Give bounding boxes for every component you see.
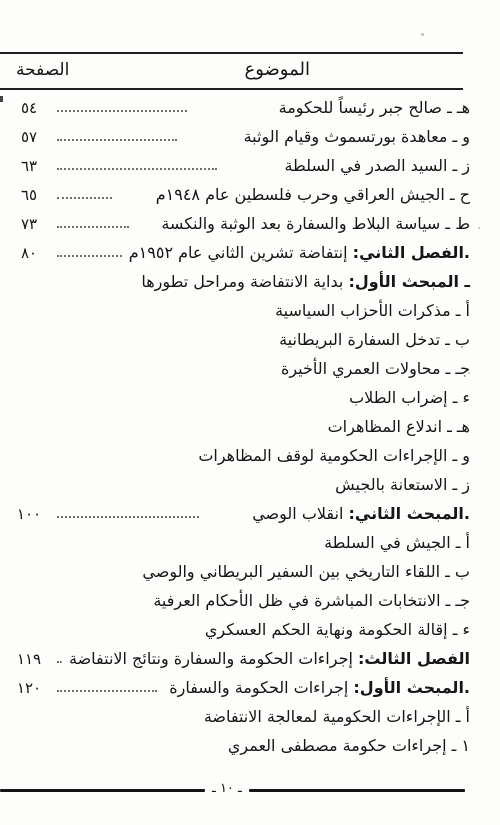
toc-entry: ز ـ الاستعانة بالجيش: [0, 470, 500, 499]
entry-title: و ـ معاهدة بورتسموث وقيام الوثبة: [244, 127, 470, 146]
footer-rule-right: [249, 789, 465, 792]
entry-title-text: ز ـ السيد الصدر في السلطة: [284, 156, 470, 175]
entry-title: أ ـ الجيش في السلطة: [324, 533, 470, 552]
entry-page-number: ٥٧: [8, 128, 50, 146]
entry-title-text: ح ـ الجيش العراقي وحرب فلسطين عام ١٩٤٨م: [156, 185, 470, 204]
entry-page-number: ٥٤: [8, 99, 50, 117]
entry-title-text: و ـ معاهدة بورتسموث وقيام الوثبة: [244, 127, 470, 146]
entry-title: ب ـ اللقاء التاريخي بين السفير البريطاني…: [142, 562, 470, 581]
dotted-leader: [57, 226, 129, 228]
entry-title: ١ ـ إجراءات حكومة مصطفى العمري: [228, 736, 470, 755]
entry-page-number: ٧٣: [8, 215, 50, 233]
entry-title: .المبحث الثاني: انقلاب الوصي: [252, 504, 470, 523]
entry-title: هـ ـ صالح جبر رئيساً للحكومة: [279, 98, 470, 117]
scan-speck: [468, 372, 470, 374]
entry-title: الفصل الثالث: إجراءات الحكومة والسفارة و…: [69, 649, 470, 668]
entry-title-text: ء ـ إقالة الحكومة ونهاية الحكم العسكري: [205, 620, 470, 639]
toc-entry: جـ ـ محاولات العمري الأخيرة: [0, 354, 500, 383]
entry-title: جـ ـ الانتخابات المباشرة في ظل الأحكام ا…: [153, 591, 470, 610]
toc-entry: هـ ـ اندلاع المظاهرات: [0, 412, 500, 441]
toc-entry: و ـ معاهدة بورتسموث وقيام الوثبة ٥٧: [0, 122, 500, 151]
entry-title-text: ز ـ الاستعانة بالجيش: [335, 475, 470, 494]
toc-entry: .الفصل الثاني: إنتفاضة تشرين الثاني عام …: [0, 238, 500, 267]
dotted-leader: [57, 690, 157, 692]
entry-title-text: إنتفاضة تشرين الثاني عام ١٩٥٢م: [129, 243, 353, 262]
header-rule-top: [0, 52, 463, 54]
entry-page-number: ١٠٠: [8, 505, 50, 523]
entry-title-text: و ـ الإجراءات الحكومية لوقف المظاهرات: [198, 446, 470, 465]
entry-title: .الفصل الثاني: إنتفاضة تشرين الثاني عام …: [129, 243, 470, 262]
entry-page-number: ٦٥: [8, 186, 50, 204]
entry-title-text: جـ ـ محاولات العمري الأخيرة: [281, 359, 470, 378]
entry-title: و ـ الإجراءات الحكومية لوقف المظاهرات: [198, 446, 470, 465]
entry-title: ـ المبحث الأول: بداية الانتفاضة ومراحل ت…: [141, 272, 470, 291]
toc-entry: ـ المبحث الأول: بداية الانتفاضة ومراحل ت…: [0, 267, 500, 296]
entry-title-bold: ـ المبحث الأول:: [348, 272, 470, 291]
entry-title-bold: .الفصل الثاني:: [353, 243, 470, 262]
column-header-subject: الموضوع: [244, 59, 310, 80]
footer-rule-left: [0, 789, 205, 792]
footer-page-number: ـ ١٠ ـ: [212, 781, 242, 796]
dotted-leader: [57, 197, 112, 199]
entry-title-text: ب ـ اللقاء التاريخي بين السفير البريطاني…: [142, 562, 470, 581]
dotted-leader: [57, 168, 217, 170]
entry-title-text: إجراءات الحكومة والسفارة ونتائج الانتفاض…: [69, 649, 358, 668]
entry-page-number: ١٢٠: [8, 679, 50, 697]
dotted-leader: [57, 255, 122, 257]
toc-entry: ط ـ سياسة البلاط والسفارة بعد الوثبة وال…: [0, 209, 500, 238]
page-footer: ـ ١٠ ـ: [0, 783, 465, 798]
entry-title-text: ء ـ إضراب الطلاب: [349, 388, 470, 407]
toc-entry: أ ـ الإجراءات الحكومية لمعالجة الانتفاضة: [0, 702, 500, 731]
entry-page-number: ٦٣: [8, 157, 50, 175]
dotted-leader: [57, 110, 187, 112]
toc-entry: أ ـ مذكرات الأحزاب السياسية: [0, 296, 500, 325]
header-rule-bottom: [0, 88, 463, 90]
toc-entry: الفصل الثالث: إجراءات الحكومة والسفارة و…: [0, 644, 500, 673]
toc-entry: ء ـ إضراب الطلاب: [0, 383, 500, 412]
dotted-leader: [57, 661, 62, 663]
entry-title-text: ب ـ تدخل السفارة البريطانية: [279, 330, 470, 349]
scan-edge-mark: [0, 96, 3, 102]
entry-title-text: أ ـ الجيش في السلطة: [324, 533, 470, 552]
toc-entry: ب ـ تدخل السفارة البريطانية: [0, 325, 500, 354]
toc-entry: ز ـ السيد الصدر في السلطة ٦٣: [0, 151, 500, 180]
entry-title-text: انقلاب الوصي: [252, 504, 348, 523]
entry-title: ح ـ الجيش العراقي وحرب فلسطين عام ١٩٤٨م: [156, 185, 470, 204]
entry-page-number: ٨٠: [8, 244, 50, 262]
entry-title-text: ١ ـ إجراءات حكومة مصطفى العمري: [228, 736, 470, 755]
toc-entry: ب ـ اللقاء التاريخي بين السفير البريطاني…: [0, 557, 500, 586]
entry-title: ب ـ تدخل السفارة البريطانية: [279, 330, 470, 349]
scan-speck: [478, 227, 480, 229]
entry-page-number: ١١٩: [8, 650, 50, 668]
entry-title-text: أ ـ مذكرات الأحزاب السياسية: [275, 301, 470, 320]
toc-entry: هـ ـ صالح جبر رئيساً للحكومة ٥٤: [0, 93, 500, 122]
toc-entry: ١ ـ إجراءات حكومة مصطفى العمري: [0, 731, 500, 760]
entry-title-text: ط ـ سياسة البلاط والسفارة بعد الوثبة وال…: [161, 214, 470, 233]
entry-title-bold: .المبحث الثاني:: [349, 504, 471, 523]
entry-title: أ ـ الإجراءات الحكومية لمعالجة الانتفاضة: [204, 707, 470, 726]
scan-speck: [421, 33, 424, 36]
entry-title-text: جـ ـ الانتخابات المباشرة في ظل الأحكام ا…: [153, 591, 470, 610]
toc-entry: و ـ الإجراءات الحكومية لوقف المظاهرات: [0, 441, 500, 470]
dotted-leader: [57, 139, 177, 141]
entry-title: أ ـ مذكرات الأحزاب السياسية: [275, 301, 470, 320]
entry-title-text: إجراءات الحكومة والسفارة: [169, 678, 353, 697]
entry-title: .المبحث الأول: إجراءات الحكومة والسفارة: [169, 678, 470, 697]
entry-title: جـ ـ محاولات العمري الأخيرة: [281, 359, 470, 378]
toc-list: هـ ـ صالح جبر رئيساً للحكومة ٥٤ و ـ معاه…: [0, 93, 500, 760]
toc-entry: ء ـ إقالة الحكومة ونهاية الحكم العسكري: [0, 615, 500, 644]
entry-title: ط ـ سياسة البلاط والسفارة بعد الوثبة وال…: [161, 214, 470, 233]
entry-title-text: هـ ـ اندلاع المظاهرات: [328, 417, 470, 436]
toc-entry: .المبحث الثاني: انقلاب الوصي ١٠٠: [0, 499, 500, 528]
dotted-leader: [57, 516, 199, 518]
entry-title-text: أ ـ الإجراءات الحكومية لمعالجة الانتفاضة: [204, 707, 470, 726]
entry-title-bold: الفصل الثالث:: [358, 649, 470, 668]
entry-title-text: هـ ـ صالح جبر رئيساً للحكومة: [279, 98, 470, 117]
column-header-page: الصفحة: [16, 60, 69, 80]
entry-title-bold: .المبحث الأول:: [353, 678, 470, 697]
toc-entry: .المبحث الأول: إجراءات الحكومة والسفارة …: [0, 673, 500, 702]
entry-title: هـ ـ اندلاع المظاهرات: [328, 417, 470, 436]
entry-title: ء ـ إقالة الحكومة ونهاية الحكم العسكري: [205, 620, 470, 639]
entry-title: ء ـ إضراب الطلاب: [349, 388, 470, 407]
entry-title: ز ـ الاستعانة بالجيش: [335, 475, 470, 494]
entry-title: ز ـ السيد الصدر في السلطة: [284, 156, 470, 175]
toc-entry: جـ ـ الانتخابات المباشرة في ظل الأحكام ا…: [0, 586, 500, 615]
entry-title-text: بداية الانتفاضة ومراحل تطورها: [141, 272, 348, 291]
toc-entry: ح ـ الجيش العراقي وحرب فلسطين عام ١٩٤٨م …: [0, 180, 500, 209]
toc-entry: أ ـ الجيش في السلطة: [0, 528, 500, 557]
